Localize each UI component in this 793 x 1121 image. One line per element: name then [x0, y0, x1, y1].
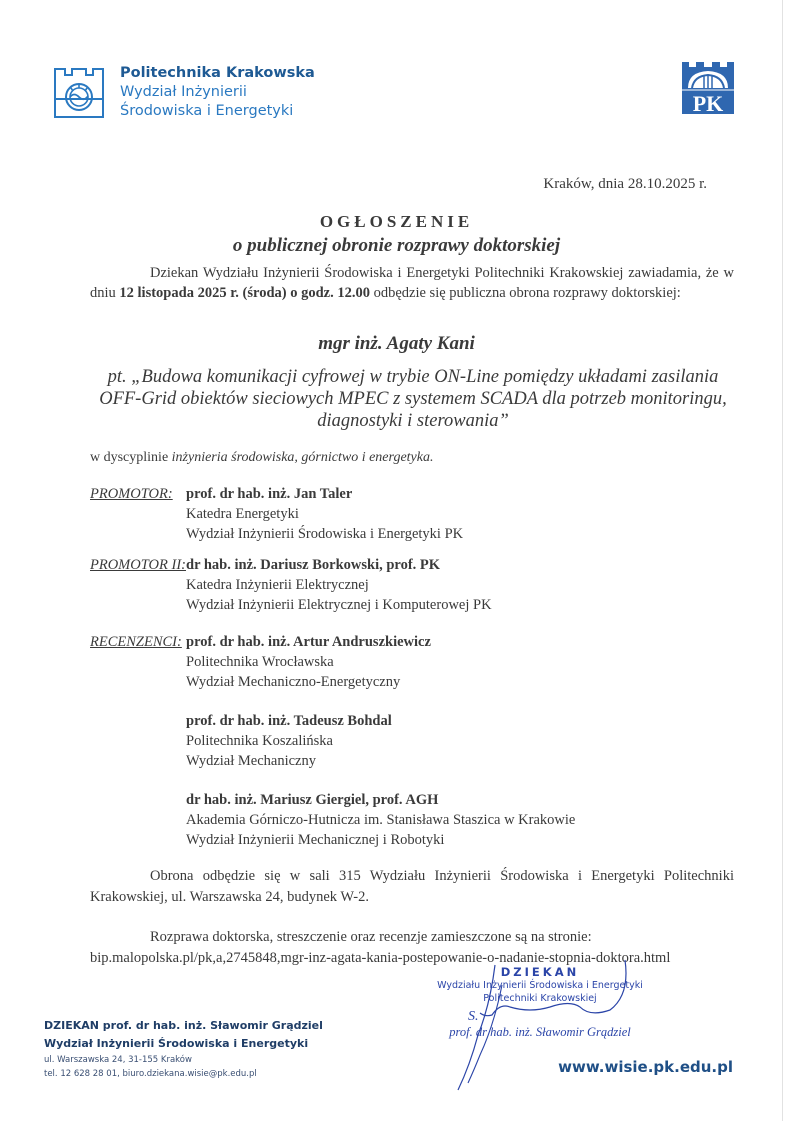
person-name: dr hab. inż. Mariusz Giergiel, prof. AGH — [186, 790, 746, 810]
castle-tower-wave-icon — [52, 66, 106, 120]
discipline: w dyscyplinie inżynieria środowiska, gór… — [90, 450, 433, 466]
reviewer-person: prof. dr hab. inż. Tadeusz Bohdal Polite… — [186, 711, 746, 771]
discipline-prefix: w dyscyplinie — [90, 450, 172, 465]
footer-address: ul. Warszawska 24, 31-155 Kraków — [44, 1053, 323, 1067]
reviewer-person: dr hab. inż. Mariusz Giergiel, prof. AGH… — [186, 790, 746, 850]
person-university: Politechnika Wrocławska — [186, 652, 746, 672]
footer-contact: DZIEKAN prof. dr hab. inż. Sławomir Grąd… — [44, 1017, 323, 1081]
thesis-title: pt. „Budowa komunikacji cyfrowej w trybi… — [88, 366, 738, 432]
defense-location: Obrona odbędzie się w sali 315 Wydziału … — [90, 866, 734, 908]
reviewer-person: prof. dr hab. inż. Artur Andruszkiewicz … — [186, 632, 746, 692]
documents-intro: Rozprawa doktorska, streszczenie oraz re… — [150, 929, 592, 945]
promotor-person: prof. dr hab. inż. Jan Taler Katedra Ene… — [186, 484, 746, 544]
pk-castle-logo-icon: PK — [682, 62, 734, 114]
promotor2-label: PROMOTOR II: — [90, 555, 186, 575]
website-link[interactable]: www.wisie.pk.edu.pl — [558, 1058, 733, 1076]
person-faculty: Wydział Inżynierii Środowiska i Energety… — [186, 524, 746, 544]
discipline-name: inżynieria środowiska, górnictwo i energ… — [172, 450, 434, 465]
faculty-name-line1: Wydział Inżynierii — [120, 83, 315, 102]
document-subtitle: o publicznej obronie rozprawy doktorskie… — [0, 235, 793, 257]
document-date: Kraków, dnia 28.10.2025 r. — [543, 176, 707, 193]
candidate-name: mgr inż. Agaty Kani — [0, 333, 793, 355]
person-faculty: Wydział Mechaniczno-Energetyczny — [186, 672, 746, 692]
person-name: dr hab. inż. Dariusz Borkowski, prof. PK — [186, 555, 746, 575]
footer-phone-email[interactable]: tel. 12 628 28 01, biuro.dziekana.wisie@… — [44, 1067, 323, 1081]
page-edge-line — [782, 0, 783, 1121]
defense-datetime: 12 listopada 2025 r. (środa) o godz. 12.… — [119, 285, 370, 301]
university-name: Politechnika Krakowska — [120, 64, 315, 83]
faculty-name-line2: Środowiska i Energetyki — [120, 102, 315, 121]
person-faculty: Wydział Mechaniczny — [186, 751, 746, 771]
svg-text:S.: S. — [468, 1009, 479, 1024]
person-faculty: Wydział Inżynierii Elektrycznej i Komput… — [186, 595, 746, 615]
faculty-logo: Politechnika Krakowska Wydział Inżynieri… — [52, 64, 315, 121]
person-university: Politechnika Koszalińska — [186, 731, 746, 751]
person-university: Akademia Górniczo-Hutnicza im. Stanisław… — [186, 810, 746, 830]
person-name: prof. dr hab. inż. Artur Andruszkiewicz — [186, 632, 746, 652]
footer-dean: DZIEKAN prof. dr hab. inż. Sławomir Grąd… — [44, 1017, 323, 1035]
person-faculty: Wydział Inżynierii Mechanicznej i Roboty… — [186, 830, 746, 850]
document-title: OGŁOSZENIE — [0, 212, 793, 232]
intro-text-part2: odbędzie się publiczna obrona rozprawy d… — [370, 285, 681, 301]
person-department: Katedra Inżynierii Elektrycznej — [186, 575, 746, 595]
faculty-name: Politechnika Krakowska Wydział Inżynieri… — [120, 64, 315, 121]
reviewers-label: RECENZENCI: — [90, 632, 182, 652]
person-name: prof. dr hab. inż. Tadeusz Bohdal — [186, 711, 746, 731]
location-text: Obrona odbędzie się w sali 315 Wydziału … — [90, 868, 734, 905]
intro-paragraph: Dziekan Wydziału Inżynierii Środowiska i… — [90, 263, 734, 303]
promotor-label: PROMOTOR: — [90, 484, 173, 504]
person-name: prof. dr hab. inż. Jan Taler — [186, 484, 746, 504]
person-department: Katedra Energetyki — [186, 504, 746, 524]
footer-faculty: Wydział Inżynierii Środowiska i Energety… — [44, 1035, 323, 1053]
promotor2-person: dr hab. inż. Dariusz Borkowski, prof. PK… — [186, 555, 746, 615]
svg-text:PK: PK — [693, 91, 724, 114]
